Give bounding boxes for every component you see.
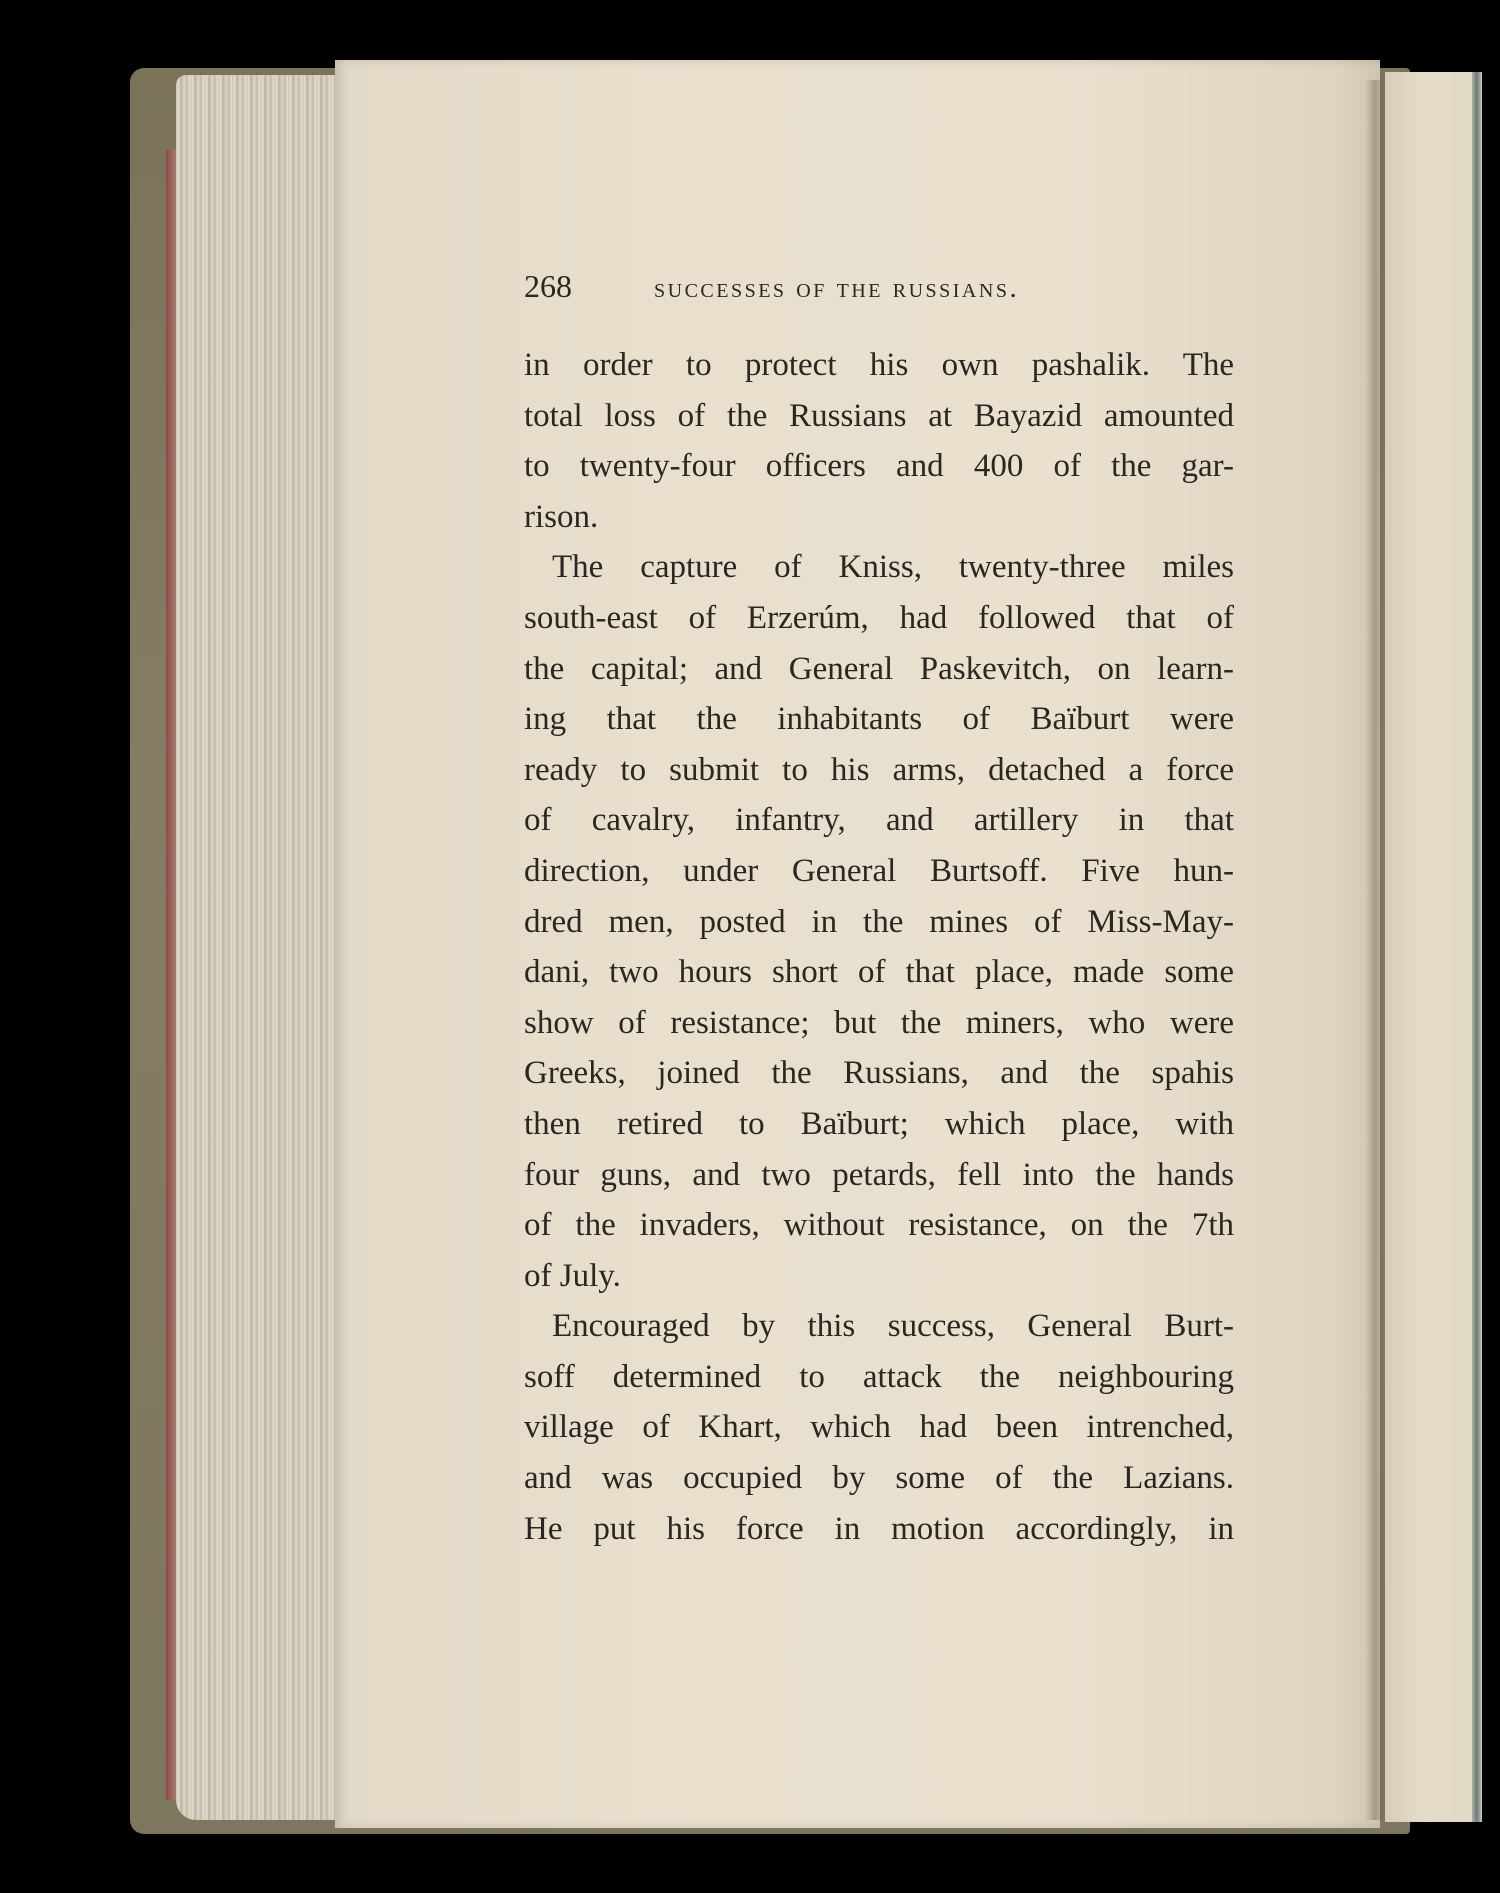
- text-line: village of Khart, which had been intrenc…: [524, 1402, 1234, 1453]
- text-line: rison.: [524, 492, 1234, 543]
- facing-page-edge: [1385, 72, 1480, 1822]
- text-line: the capital; and General Paskevitch, on …: [524, 644, 1234, 695]
- text-line: four guns, and two petards, fell into th…: [524, 1150, 1234, 1201]
- text-line: then retired to Baïburt; which place, wi…: [524, 1099, 1234, 1150]
- text-line: show of resistance; but the miners, who …: [524, 998, 1234, 1049]
- text-line: in order to protect his own pashalik. Th…: [524, 340, 1234, 391]
- facing-cover-edge: [1472, 72, 1482, 1822]
- text-line: south-east of Erzerúm, had followed that…: [524, 593, 1234, 644]
- text-line: dred men, posted in the mines of Miss-Ma…: [524, 897, 1234, 948]
- text-line: of July.: [524, 1251, 1234, 1302]
- text-line: to twenty-four officers and 400 of the g…: [524, 441, 1234, 492]
- text-line: dani, two hours short of that place, mad…: [524, 947, 1234, 998]
- text-line: ready to submit to his arms, detached a …: [524, 745, 1234, 796]
- text-line: of the invaders, without resistance, on …: [524, 1200, 1234, 1251]
- text-line: and was occupied by some of the Lazians.: [524, 1453, 1234, 1504]
- paragraph: The capture of Kniss, twenty-three miles…: [524, 542, 1234, 1301]
- text-line: The capture of Kniss, twenty-three miles: [524, 542, 1234, 593]
- text-line: ing that the inhabitants of Baïburt were: [524, 694, 1234, 745]
- paragraph: Encouraged by this success, General Burt…: [524, 1301, 1234, 1554]
- text-line: direction, under General Burtsoff. Five …: [524, 846, 1234, 897]
- page-text-block: 268 SUCCESSES OF THE RUSSIANS. in order …: [524, 268, 1234, 1554]
- text-line: soff determined to attack the neighbouri…: [524, 1352, 1234, 1403]
- paragraph: in order to protect his own pashalik. Th…: [524, 340, 1234, 542]
- gutter-fold: [1365, 80, 1385, 1820]
- text-line: Greeks, joined the Russians, and the spa…: [524, 1048, 1234, 1099]
- page-edge-stack: [176, 75, 341, 1820]
- body-text: in order to protect his own pashalik. Th…: [524, 340, 1234, 1554]
- text-line: of cavalry, infantry, and artillery in t…: [524, 795, 1234, 846]
- page-number: 268: [524, 268, 654, 305]
- text-line: Encouraged by this success, General Burt…: [524, 1301, 1234, 1352]
- chapter-running-title: SUCCESSES OF THE RUSSIANS.: [654, 272, 1019, 305]
- running-head: 268 SUCCESSES OF THE RUSSIANS.: [524, 268, 1234, 320]
- text-line: total loss of the Russians at Bayazid am…: [524, 391, 1234, 442]
- text-line: He put his force in motion accordingly, …: [524, 1504, 1234, 1555]
